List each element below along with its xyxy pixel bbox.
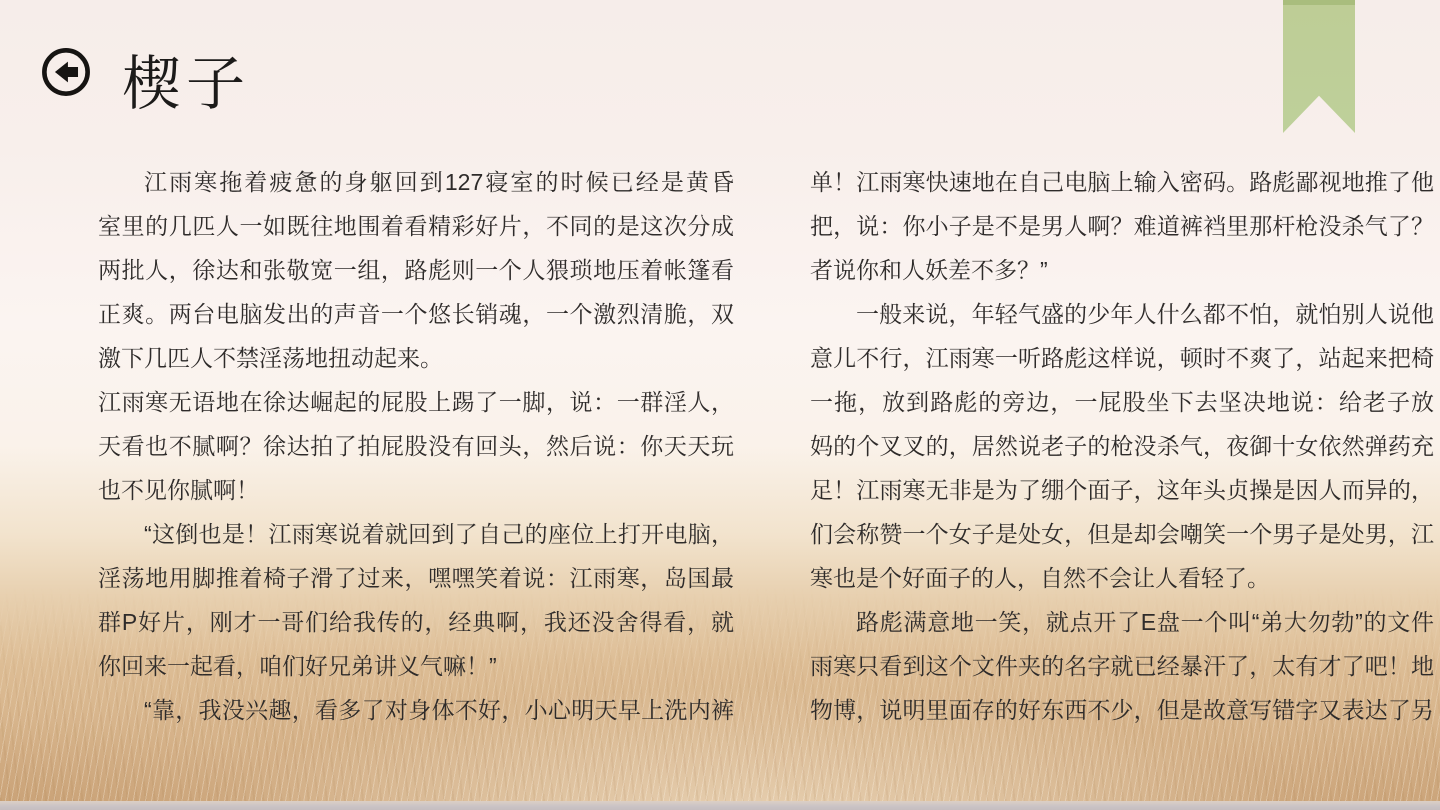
text-line: 寒也是个好面子的人，自然不会让人看轻了。 [810, 556, 1434, 600]
left-column: 江雨寒拖着疲惫的身躯回到127寝室的时候已经是黄昏了，寝室里的几匹人一如既往地围… [98, 160, 734, 732]
back-button[interactable] [41, 47, 91, 97]
text-line: “这倒也是！江雨寒说着就回到了自己的座位上打开电脑，路彪 [98, 512, 734, 556]
text-line: 妈的个叉叉的，居然说老子的枪没杀气，夜御十女依然弹药充 [810, 424, 1434, 468]
text-line: 群P好片，刚才一哥们给我传的，经典啊，我还没舍得看，就是等 [98, 600, 734, 644]
text-line: 也不见你腻啊！ [98, 468, 734, 512]
text-line: 路彪满意地一笑，就点开了E盘一个叫“弟大勿勃”的文件夹，江 [810, 600, 1434, 644]
text-line: 天看也不腻啊？徐达拍了拍屁股没有回头，然后说：你天天玩CF [98, 424, 734, 468]
reader-page: 楔子 江雨寒拖着疲惫的身躯回到127寝室的时候已经是黄昏了，寝室里的几匹人一如既… [0, 0, 1440, 810]
text-line: 雨寒只看到这个文件夹的名字就已经暴汗了，太有才了吧！地大 [810, 644, 1434, 688]
text-line: 意儿不行，江雨寒一听路彪这样说，顿时不爽了，站起来把椅子 [810, 336, 1434, 380]
text-line: 正爽。两台电脑发出的声音一个悠长销魂，一个激烈清脆，双重刺 [98, 292, 734, 336]
text-line: 们会称赞一个女子是处女，但是却会嘲笑一个男子是处男，江雨 [810, 512, 1434, 556]
text-line: 淫荡地用脚推着椅子滑了过来，嘿嘿笑着说：江雨寒，岛国最新 [98, 556, 734, 600]
text-line: 者说你和人妖差不多？” [810, 248, 1434, 292]
text-line: 你回来一起看，咱们好兄弟讲义气嘛！” [98, 644, 734, 688]
text-line: 物博，说明里面存的好东西不少，但是故意写错字又表达了另一 [810, 688, 1434, 732]
back-arrow-icon [41, 47, 91, 97]
text-line: 足！江雨寒无非是为了绷个面子，这年头贞操是因人而异的，人 [810, 468, 1434, 512]
text-line: 一拖，放到路彪的旁边，一屁股坐下去坚决地说：给老子放起！ [810, 380, 1434, 424]
text-line: 两批人，徐达和张敬宽一组，路彪则一个人猥琐地压着帐篷看得 [98, 248, 734, 292]
text-line: 一般来说，年轻气盛的少年人什么都不怕，就怕别人说他那玩 [810, 292, 1434, 336]
text-line: “靠，我没兴趣，看多了对身体不好，小心明天早上洗内裤和床 [98, 688, 734, 732]
text-line: 把，说：你小子是不是男人啊？难道裤裆里那杆枪没杀气了？或 [810, 204, 1434, 248]
right-column: 单！江雨寒快速地在自己电脑上输入密码。路彪鄙视地推了他一把，说：你小子是不是男人… [810, 160, 1434, 732]
text-line: 江雨寒拖着疲惫的身躯回到127寝室的时候已经是黄昏了，寝 [98, 160, 734, 204]
text-line: 单！江雨寒快速地在自己电脑上输入密码。路彪鄙视地推了他一 [810, 160, 1434, 204]
text-line: 江雨寒无语地在徐达崛起的屁股上踢了一脚，说：一群淫人，天 [98, 380, 734, 424]
text-line: 激下几匹人不禁淫荡地扭动起来。 [98, 336, 734, 380]
chapter-title: 楔子 [122, 36, 250, 121]
bottom-edge-strip [0, 801, 1440, 810]
text-line: 室里的几匹人一如既往地围着看精彩好片，不同的是这次分成了 [98, 204, 734, 248]
